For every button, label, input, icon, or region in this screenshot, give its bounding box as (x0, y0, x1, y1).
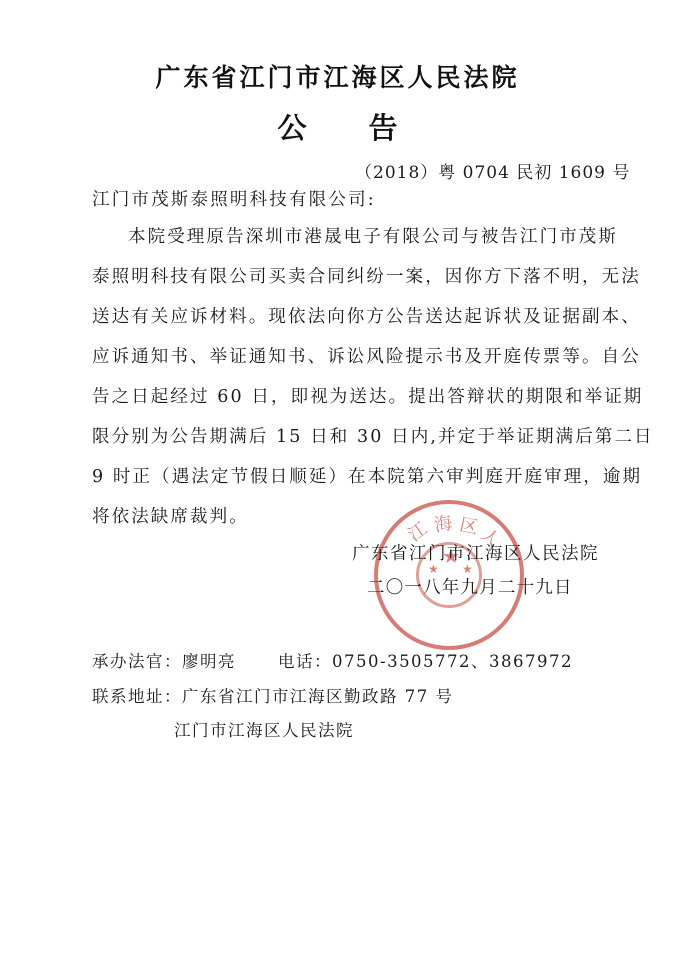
case-number: （2018）粤 0704 民初 1609 号 (355, 158, 630, 183)
notice-heading: 公告 (0, 106, 675, 147)
body-line: 泰照明科技有限公司买卖合同纠纷一案，因你方下落不明，无法 (92, 257, 612, 297)
body-line: 应诉通知书、举证通知书、诉讼风险提示书及开庭传票等。自公 (92, 337, 612, 377)
signature-court: 广东省江门市江海区人民法院 (352, 540, 599, 565)
signature-date: 二〇一八年九月二十九日 (367, 574, 573, 599)
heading-char-2: 告 (369, 106, 398, 147)
body-line: 本院受理原告深圳市港晟电子有限公司与被告江门市茂斯 (92, 217, 612, 257)
judge-contact-line: 承办法官：廖明亮电话：0750-3505772、3867972 (92, 648, 573, 672)
heading-char-1: 公 (277, 106, 306, 147)
address-org: 江门市江海区人民法院 (174, 717, 354, 741)
court-title: 广东省江门市江海区人民法院 (0, 58, 675, 94)
judge-label: 承办法官： (92, 652, 182, 671)
body-line: 限分别为公告期满后 15 日和 30 日内,并定于举证期满后第二日 (92, 417, 612, 457)
seal-char: 海 (432, 509, 454, 538)
seal-char: 区 (457, 510, 480, 539)
body-line: 告之日起经过 60 日，即视为送达。提出答辩状的期限和举证期 (92, 377, 612, 417)
address-value: 广东省江门市江海区勤政路 77 号 (182, 687, 454, 706)
addressee: 江门市茂斯泰照明科技有限公司: (92, 186, 376, 211)
body-line: 将依法缺席裁判。 (92, 497, 612, 537)
phone-number: 0750-3505772、3867972 (332, 652, 573, 671)
notice-body: 本院受理原告深圳市港晟电子有限公司与被告江门市茂斯 泰照明科技有限公司买卖合同纠… (92, 217, 612, 537)
body-line: 送达有关应诉材料。现依法向你方公告送达起诉状及证据副本、 (92, 297, 612, 337)
judge-name: 廖明亮 (182, 652, 236, 671)
address-label: 联系地址： (92, 687, 182, 706)
body-line: 9 时正（遇法定节假日顺延）在本院第六审判庭开庭审理，逾期 (92, 457, 612, 497)
phone-label: 电话： (278, 652, 332, 671)
address-line: 联系地址：广东省江门市江海区勤政路 77 号 (92, 683, 454, 707)
